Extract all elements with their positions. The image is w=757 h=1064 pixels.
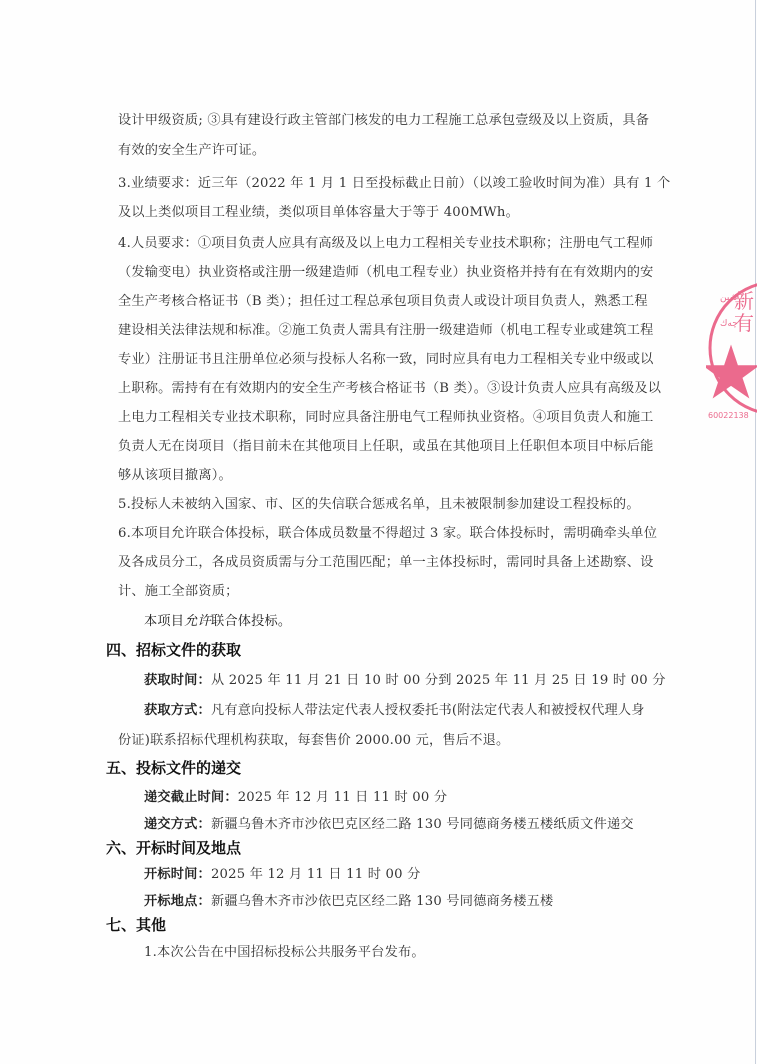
consortium-prefix: 本项目: [144, 614, 184, 629]
seal-uyghur-text-mid: چەك: [720, 319, 738, 329]
section-item: 获取时间：从 2025 年 11 月 21 日 10 时 00 分到 2025 …: [144, 672, 666, 690]
section-heading-7: 七、其他: [106, 915, 166, 935]
paragraph-line: 专业）注册证书且注册单位必须与投标人名称一致，同时应具有电力工程相关专业中级或以: [118, 351, 654, 369]
paragraph-line: 负责人无在岗项目（指目前未在其他项目上任职，或虽在其他项目上任职但本项目中标后能: [118, 438, 654, 456]
section-item: 开标地点：新疆乌鲁木齐市沙依巴克区经二路 130 号同德商务楼五楼: [144, 893, 553, 911]
company-seal-stamp: شىن 新 چەك 有 60022138: [706, 268, 757, 428]
consortium-statement: 本项目允许联合体投标。: [144, 613, 291, 631]
page-edge-line: [755, 0, 756, 1064]
paragraph-line: 5.投标人未被纳入国家、市、区的失信联合惩戒名单，且未被限制参加建设工程投标的。: [118, 496, 640, 514]
item-label: 开标时间：: [144, 867, 211, 882]
section-item: 开标时间：2025 年 12 月 11 日 11 时 00 分: [144, 866, 421, 884]
section-item: 获取方式：凡有意向投标人带法定代表人授权委托书(附法定代表人和被授权代理人身: [144, 702, 645, 720]
paragraph-line: 上职称。需持有在有效期内的安全生产考核合格证书（B 类）。③设计负责人应具有高级…: [118, 380, 661, 398]
item-label: 获取方式：: [144, 703, 211, 718]
paragraph-line: 有效的安全生产许可证。: [118, 142, 265, 160]
item-label: 递交截止时间：: [144, 790, 238, 805]
paragraph-line: 6.本项目允许联合体投标，联合体成员数量不得超过 3 家。联合体投标时，需明确牵…: [118, 525, 657, 543]
paragraph-line: 计、施工全部资质；: [118, 583, 239, 601]
section-item: 递交方式：新疆乌鲁木齐市沙依巴克区经二路 130 号同德商务楼五楼纸质文件递交: [144, 816, 634, 834]
paragraph-line: 及以上类似项目工程业绩，类似项目单体容量大于等于 400MWh。: [118, 204, 519, 222]
item-value: 新疆乌鲁木齐市沙依巴克区经二路 130 号同德商务楼五楼: [211, 894, 553, 909]
item-label: 开标地点：: [144, 894, 211, 909]
paragraph-line: 及各成员分工，各成员资质需与分工范围匹配；单一主体投标时，需同时具备上述勘察、设: [118, 554, 654, 572]
seal-uyghur-text-top: شىن: [720, 293, 737, 303]
section-item: 递交截止时间：2025 年 12 月 11 日 11 时 00 分: [144, 789, 447, 807]
item-value: 从 2025 年 11 月 21 日 10 时 00 分到 2025 年 11 …: [211, 673, 666, 688]
item-label: 递交方式：: [144, 817, 211, 832]
item-value: 2025 年 12 月 11 日 11 时 00 分: [238, 790, 448, 805]
section-item-continuation: 份证)联系招标代理机构获取，每套售价 2000.00 元，售后不退。: [118, 732, 509, 750]
item-value: 2025 年 12 月 11 日 11 时 00 分: [211, 867, 421, 882]
section-heading-5: 五、投标文件的递交: [106, 758, 241, 778]
seal-number: 60022138: [708, 411, 749, 420]
item-value: 新疆乌鲁木齐市沙依巴克区经二路 130 号同德商务楼五楼纸质文件递交: [211, 817, 634, 832]
paragraph-line: （发输变电）执业资格或注册一级建造师（机电工程专业）执业资格并持有在有效期内的安: [118, 264, 654, 282]
paragraph-line: 3.业绩要求：近三年（2022 年 1 月 1 日至投标截止日前）（以竣工验收时…: [118, 175, 670, 193]
paragraph-line: 上电力工程相关专业技术职称，同时应具备注册电气工程师执业资格。④项目负责人和施工: [118, 409, 654, 427]
paragraph-line: 建设相关法律法规和标准。②施工负责人需具有注册一级建造师（机电工程专业或建筑工程: [118, 322, 654, 340]
section-heading-6: 六、开标时间及地点: [106, 838, 241, 858]
item-value: 凡有意向投标人带法定代表人授权委托书(附法定代表人和被授权代理人身: [211, 703, 645, 718]
seal-star-icon: [706, 345, 757, 399]
consortium-suffix: 联合体投标。: [211, 614, 291, 629]
section-item: 1.本次公告在中国招标投标公共服务平台发布。: [144, 944, 425, 962]
paragraph-line: 够从该项目撤离）。: [118, 467, 232, 485]
paragraph-line: 全生产考核合格证书（B 类）；担任过工程总承包项目负责人或设计项目负责人，熟悉工…: [118, 293, 648, 311]
consortium-emphasis: 允许: [184, 614, 211, 629]
item-label: 获取时间：: [144, 673, 211, 688]
document-page: 设计甲级资质; ③具有建设行政主管部门核发的电力工程施工总承包壹级及以上资质，具…: [0, 0, 757, 1064]
paragraph-line: 4.人员要求：①项目负责人应具有高级及以上电力工程相关专业技术职称；注册电气工程…: [118, 235, 653, 253]
section-heading-4: 四、招标文件的获取: [106, 640, 241, 660]
seal-char-you: 有: [734, 311, 754, 335]
seal-char-xin: 新: [734, 289, 754, 313]
paragraph-line: 设计甲级资质; ③具有建设行政主管部门核发的电力工程施工总承包壹级及以上资质，具…: [118, 112, 649, 130]
